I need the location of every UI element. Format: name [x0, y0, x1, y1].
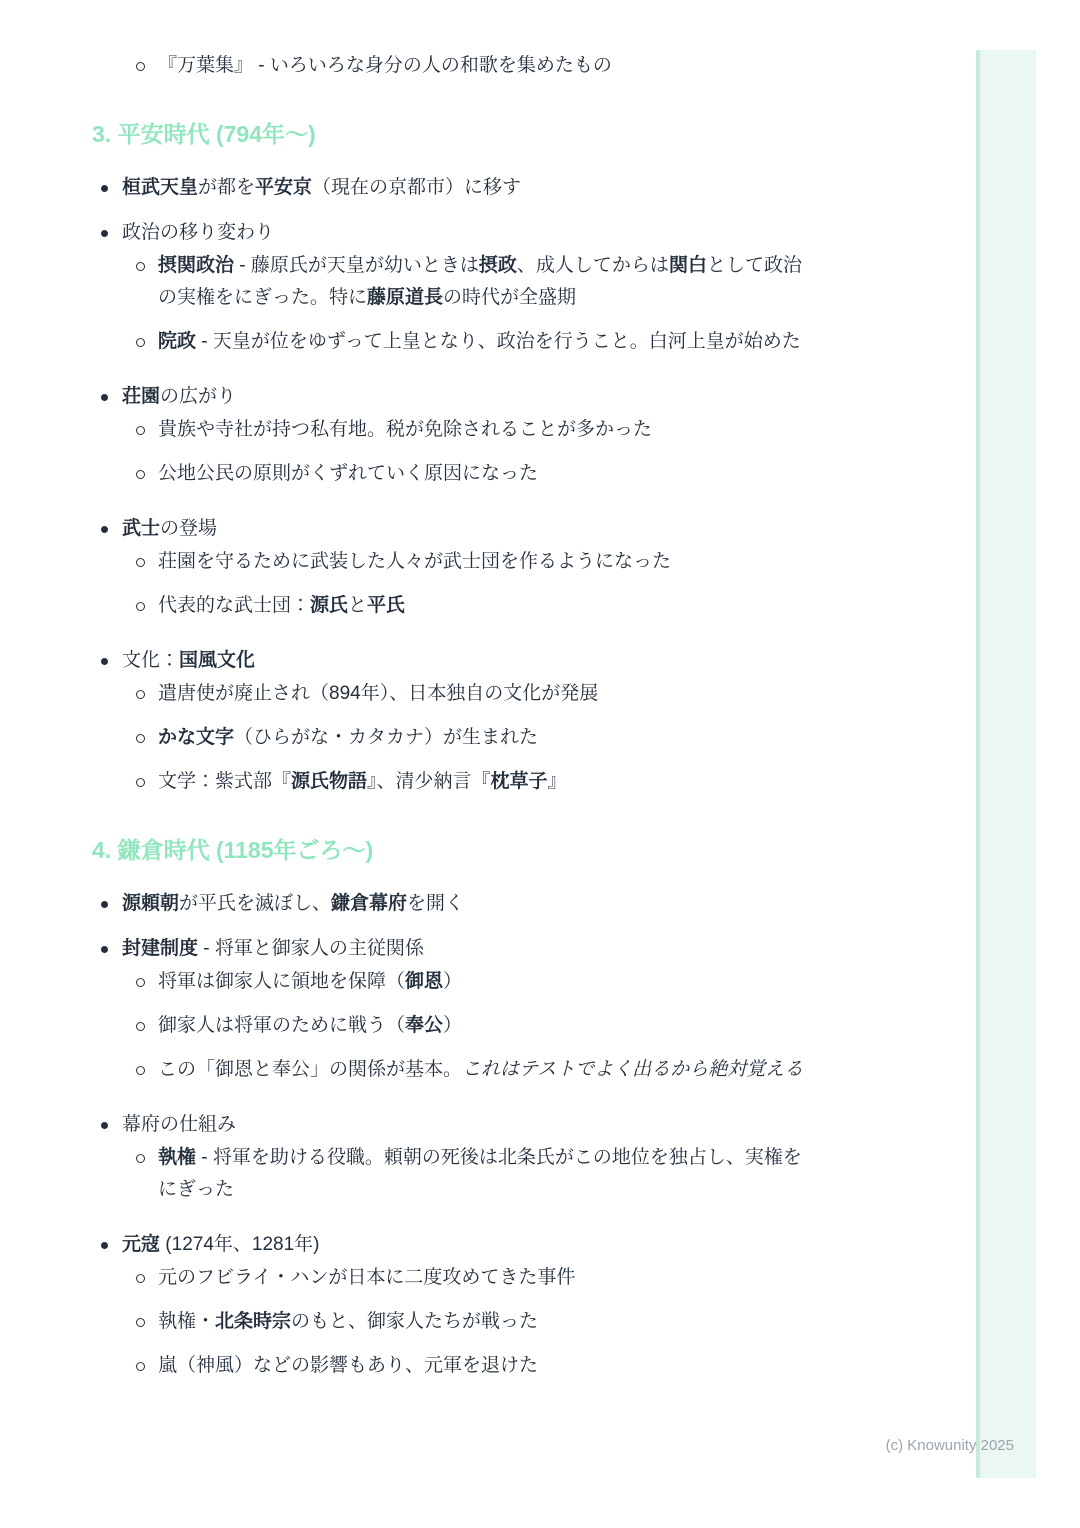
sub-bullet-item: 執権・北条時宗のもと、御家人たちが戦った — [92, 1306, 818, 1338]
sub-bullet-item: 貴族や寺社が持つ私有地。税が免除されることが多かった — [92, 414, 818, 446]
list-item-text: 元寇 (1274年、1281年) — [122, 1234, 319, 1255]
bullet-item: 文化：国風文化 — [92, 645, 818, 677]
list-item-text: 院政 - 天皇が位をゆずって上皇となり、政治を行うこと。白河上皇が始めた — [158, 331, 801, 352]
sub-bullet-item: 文学：紫式部『源氏物語』、清少納言『枕草子』 — [92, 766, 818, 798]
bullet-circle-icon — [136, 1274, 145, 1283]
list-item-text: 御家人は将軍のために戦う（奉公） — [158, 1015, 462, 1036]
bullet-circle-icon — [136, 62, 145, 71]
list-item-text: 元のフビライ・ハンが日本に二度攻めてきた事件 — [158, 1267, 575, 1288]
list-item-text: 執権・北条時宗のもと、御家人たちが戦った — [158, 1311, 538, 1332]
bullet-circle-icon — [136, 262, 145, 271]
sub-bullet-item: 御家人は将軍のために戦う（奉公） — [92, 1010, 818, 1042]
list-item-text: 貴族や寺社が持つ私有地。税が免除されることが多かった — [158, 419, 652, 440]
bullet-item: 元寇 (1274年、1281年) — [92, 1229, 818, 1261]
bullet-disc-icon — [101, 1122, 108, 1129]
bullet-disc-icon — [101, 946, 108, 953]
list-item-text: 公地公民の原則がくずれていく原因になった — [158, 463, 538, 484]
bullet-item: 武士の登場 — [92, 513, 818, 545]
list-item-text: 源頼朝が平氏を滅ぼし、鎌倉幕府を開く — [122, 893, 464, 914]
bullet-circle-icon — [136, 558, 145, 567]
bullet-disc-icon — [101, 901, 108, 908]
bullet-circle-icon — [136, 426, 145, 435]
sub-bullet-item: 摂関政治 - 藤原氏が天皇が幼いときは摂政、成人してからは関白として政治の実権を… — [92, 250, 818, 314]
bullet-circle-icon — [136, 1066, 145, 1075]
list-item-text: 将軍は御家人に領地を保障（御恩） — [158, 971, 462, 992]
bullet-circle-icon — [136, 1318, 145, 1327]
sub-bullet-item: 公地公民の原則がくずれていく原因になった — [92, 458, 818, 490]
bullet-circle-icon — [136, 470, 145, 479]
bullet-circle-icon — [136, 978, 145, 987]
list-item-text: かな文字（ひらがな・カタカナ）が生まれた — [158, 727, 538, 748]
sub-bullet-item: 『万葉集』 - いろいろな身分の人の和歌を集めたもの — [92, 50, 818, 82]
list-item-text: この「御恩と奉公」の関係が基本。これはテストでよく出るから絶対覚える — [158, 1059, 803, 1080]
sub-bullet-item: 遣唐使が廃止され（894年）、日本独自の文化が発展 — [92, 678, 818, 710]
bullet-item: 荘園の広がり — [92, 381, 818, 413]
copyright-notice: (c) Knowunity 2025 — [886, 1436, 1014, 1456]
list-item-text: 桓武天皇が都を平安京（現在の京都市）に移す — [122, 177, 521, 198]
bullet-item: 政治の移り変わり — [92, 217, 818, 249]
bullet-circle-icon — [136, 602, 145, 611]
list-item-text: 政治の移り変わり — [122, 222, 274, 243]
sub-bullet-item: 嵐（神風）などの影響もあり、元軍を退けた — [92, 1350, 818, 1382]
sub-bullet-item: 将軍は御家人に領地を保障（御恩） — [92, 966, 818, 998]
list-item-text: 文化：国風文化 — [122, 650, 255, 671]
bullet-item: 桓武天皇が都を平安京（現在の京都市）に移す — [92, 172, 818, 204]
document-body: 『万葉集』 - いろいろな身分の人の和歌を集めたもの3. 平安時代 (794年〜… — [92, 50, 818, 1382]
bullet-circle-icon — [136, 1362, 145, 1371]
list-item-text: 封建制度 - 将軍と御家人の主従関係 — [122, 938, 424, 959]
sub-bullet-item: 院政 - 天皇が位をゆずって上皇となり、政治を行うこと。白河上皇が始めた — [92, 326, 818, 358]
list-item-text: 遣唐使が廃止され（894年）、日本独自の文化が発展 — [158, 683, 598, 704]
bullet-circle-icon — [136, 778, 145, 787]
page-accent-strip — [976, 50, 1036, 1478]
sub-bullet-item: かな文字（ひらがな・カタカナ）が生まれた — [92, 722, 818, 754]
list-item-text: 武士の登場 — [122, 518, 217, 539]
list-item-text: 文学：紫式部『源氏物語』、清少納言『枕草子』 — [158, 771, 567, 792]
bullet-item: 幕府の仕組み — [92, 1109, 818, 1141]
list-item-text: 荘園を守るために武装した人々が武士団を作るようになった — [158, 551, 671, 572]
bullet-disc-icon — [101, 526, 108, 533]
list-item-text: 荘園の広がり — [122, 386, 236, 407]
section-heading: 3. 平安時代 (794年〜) — [92, 117, 818, 151]
bullet-disc-icon — [101, 394, 108, 401]
list-item-text: 執権 - 将軍を助ける役職。頼朝の死後は北条氏がこの地位を独占し、実権をにぎった — [158, 1147, 802, 1200]
sub-bullet-item: 執権 - 将軍を助ける役職。頼朝の死後は北条氏がこの地位を独占し、実権をにぎった — [92, 1142, 818, 1206]
sub-bullet-item: 代表的な武士団：源氏と平氏 — [92, 590, 818, 622]
list-item-text: 『万葉集』 - いろいろな身分の人の和歌を集めたもの — [158, 55, 612, 76]
bullet-disc-icon — [101, 658, 108, 665]
list-item-text: 嵐（神風）などの影響もあり、元軍を退けた — [158, 1355, 538, 1376]
bullet-item: 源頼朝が平氏を滅ぼし、鎌倉幕府を開く — [92, 888, 818, 920]
list-item-text: 幕府の仕組み — [122, 1114, 236, 1135]
bullet-circle-icon — [136, 1154, 145, 1163]
bullet-disc-icon — [101, 185, 108, 192]
bullet-circle-icon — [136, 1022, 145, 1031]
bullet-disc-icon — [101, 230, 108, 237]
sub-bullet-item: この「御恩と奉公」の関係が基本。これはテストでよく出るから絶対覚える — [92, 1054, 818, 1086]
bullet-item: 封建制度 - 将軍と御家人の主従関係 — [92, 933, 818, 965]
list-item-text: 摂関政治 - 藤原氏が天皇が幼いときは摂政、成人してからは関白として政治の実権を… — [158, 255, 802, 308]
bullet-circle-icon — [136, 690, 145, 699]
bullet-disc-icon — [101, 1242, 108, 1249]
sub-bullet-item: 元のフビライ・ハンが日本に二度攻めてきた事件 — [92, 1262, 818, 1294]
bullet-circle-icon — [136, 734, 145, 743]
sub-bullet-item: 荘園を守るために武装した人々が武士団を作るようになった — [92, 546, 818, 578]
list-item-text: 代表的な武士団：源氏と平氏 — [158, 595, 405, 616]
bullet-circle-icon — [136, 338, 145, 347]
section-heading: 4. 鎌倉時代 (1185年ごろ〜) — [92, 833, 818, 867]
